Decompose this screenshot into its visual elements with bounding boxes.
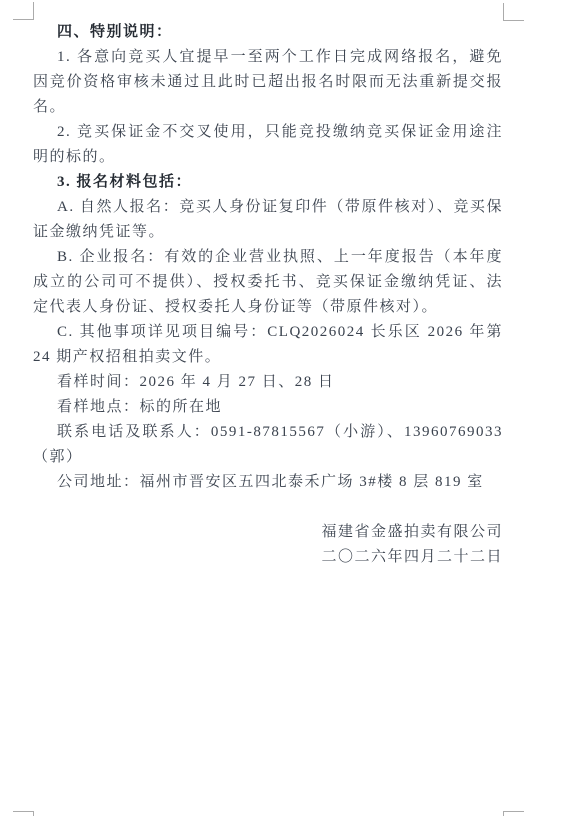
crop-mark-top-left xyxy=(13,2,34,20)
crop-mark-top-right xyxy=(503,3,524,21)
signature-date: 二〇二六年四月二十二日 xyxy=(33,545,503,570)
document-page: 四、特别说明： 1. 各意向竞买人宜提早一至两个工作日完成网络报名，避免因竞价资… xyxy=(0,0,567,816)
line-contact-info: 联系电话及联系人：0591-87815567（小游）、13960769033（郭… xyxy=(33,420,503,470)
paragraph-material-a: A. 自然人报名：竞买人身份证复印件（带原件核对）、竞买保证金缴纳凭证等。 xyxy=(33,195,503,245)
subsection-heading-materials: 3. 报名材料包括： xyxy=(33,170,503,195)
line-company-address: 公司地址：福州市晋安区五四北泰禾广场 3#楼 8 层 819 室 xyxy=(33,470,503,495)
paragraph-material-b: B. 企业报名：有效的企业营业执照、上一年度报告（本年度成立的公司可不提供）、授… xyxy=(33,245,503,320)
signature-company: 福建省金盛拍卖有限公司 xyxy=(33,520,503,545)
line-viewing-place: 看样地点：标的所在地 xyxy=(33,395,503,420)
section-heading: 四、特别说明： xyxy=(33,20,503,45)
document-body: 四、特别说明： 1. 各意向竞买人宜提早一至两个工作日完成网络报名，避免因竞价资… xyxy=(33,20,503,570)
paragraph-notice-1: 1. 各意向竞买人宜提早一至两个工作日完成网络报名，避免因竞价资格审核未通过且此… xyxy=(33,45,503,120)
line-viewing-time: 看样时间：2026 年 4 月 27 日、28 日 xyxy=(33,370,503,395)
signature-block: 福建省金盛拍卖有限公司 二〇二六年四月二十二日 xyxy=(33,520,503,570)
paragraph-material-c: C. 其他事项详见项目编号：CLQ2026024 长乐区 2026 年第 24 … xyxy=(33,320,503,370)
crop-mark-bottom-right xyxy=(503,811,524,816)
paragraph-notice-2: 2. 竞买保证金不交叉使用，只能竞投缴纳竞买保证金用途注明的标的。 xyxy=(33,120,503,170)
crop-mark-bottom-left xyxy=(13,811,34,816)
